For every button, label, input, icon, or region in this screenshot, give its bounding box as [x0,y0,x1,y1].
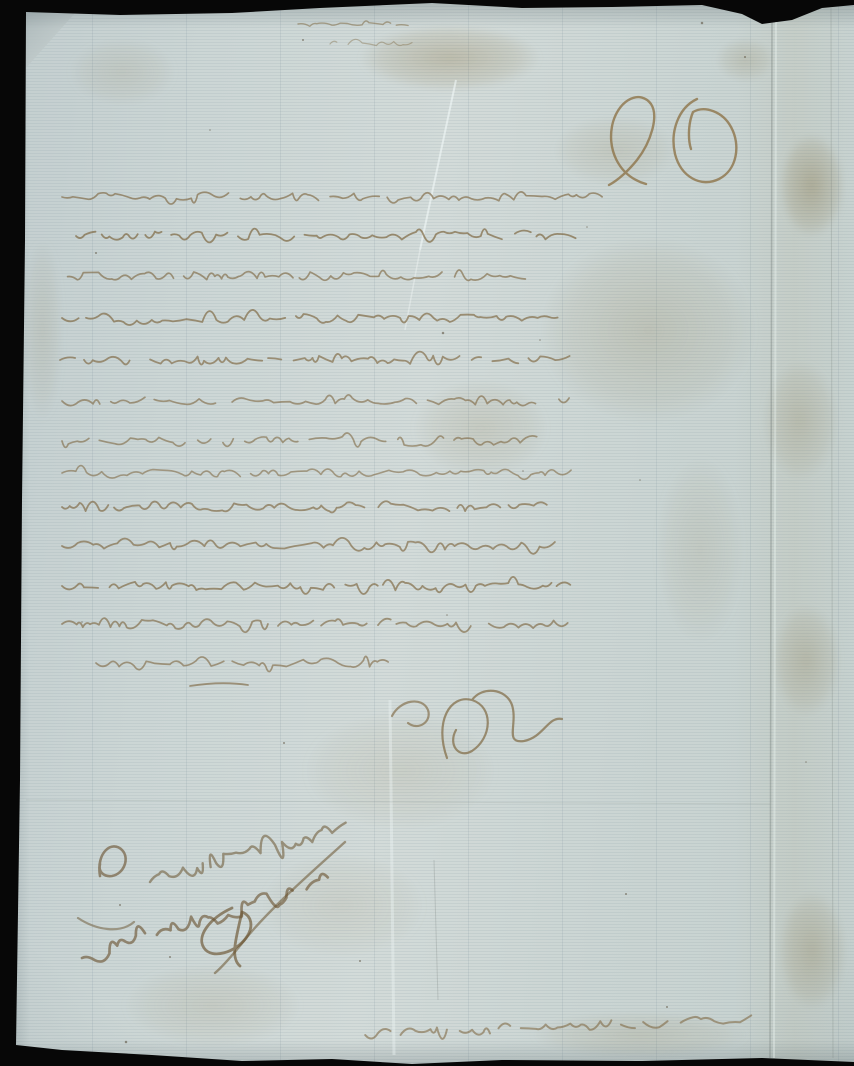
stain [705,30,785,90]
chain-line [186,0,187,1066]
stain [15,205,70,455]
stain [530,103,700,198]
stain [325,12,575,104]
stain [748,338,853,503]
stain [640,420,760,680]
paper-sheet [0,0,854,1066]
stain [388,361,573,496]
chain-line [468,0,469,1066]
stain [759,583,854,738]
manuscript-scan: Aged handwritten letter - scanned page s… [0,0,854,1066]
chain-line [92,0,93,1066]
stain [490,1003,790,1066]
stain [230,833,455,978]
stain [268,688,533,853]
stain [50,26,195,118]
stain [766,113,854,258]
stain [765,868,854,1033]
